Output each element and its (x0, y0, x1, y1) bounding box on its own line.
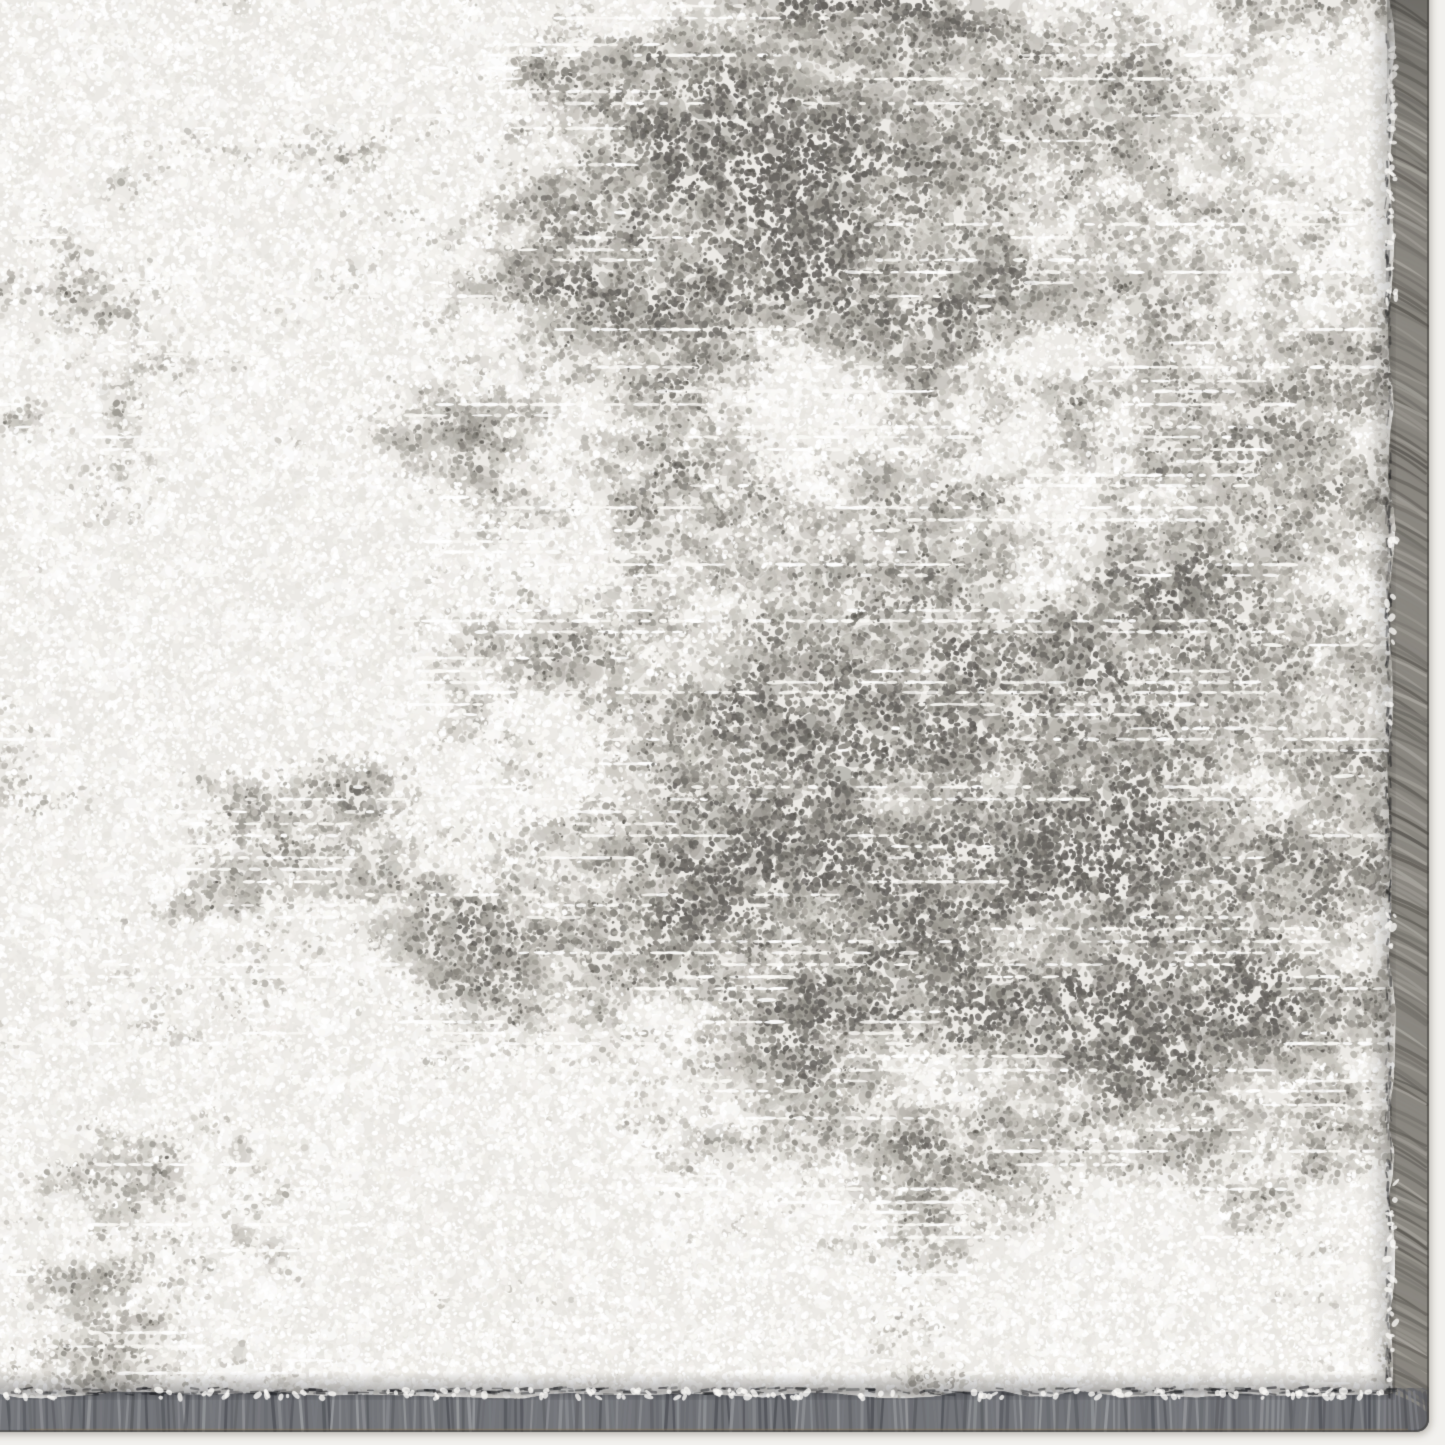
rug-product-photo (0, 0, 1445, 1445)
rug-photo-canvas (0, 0, 1445, 1445)
